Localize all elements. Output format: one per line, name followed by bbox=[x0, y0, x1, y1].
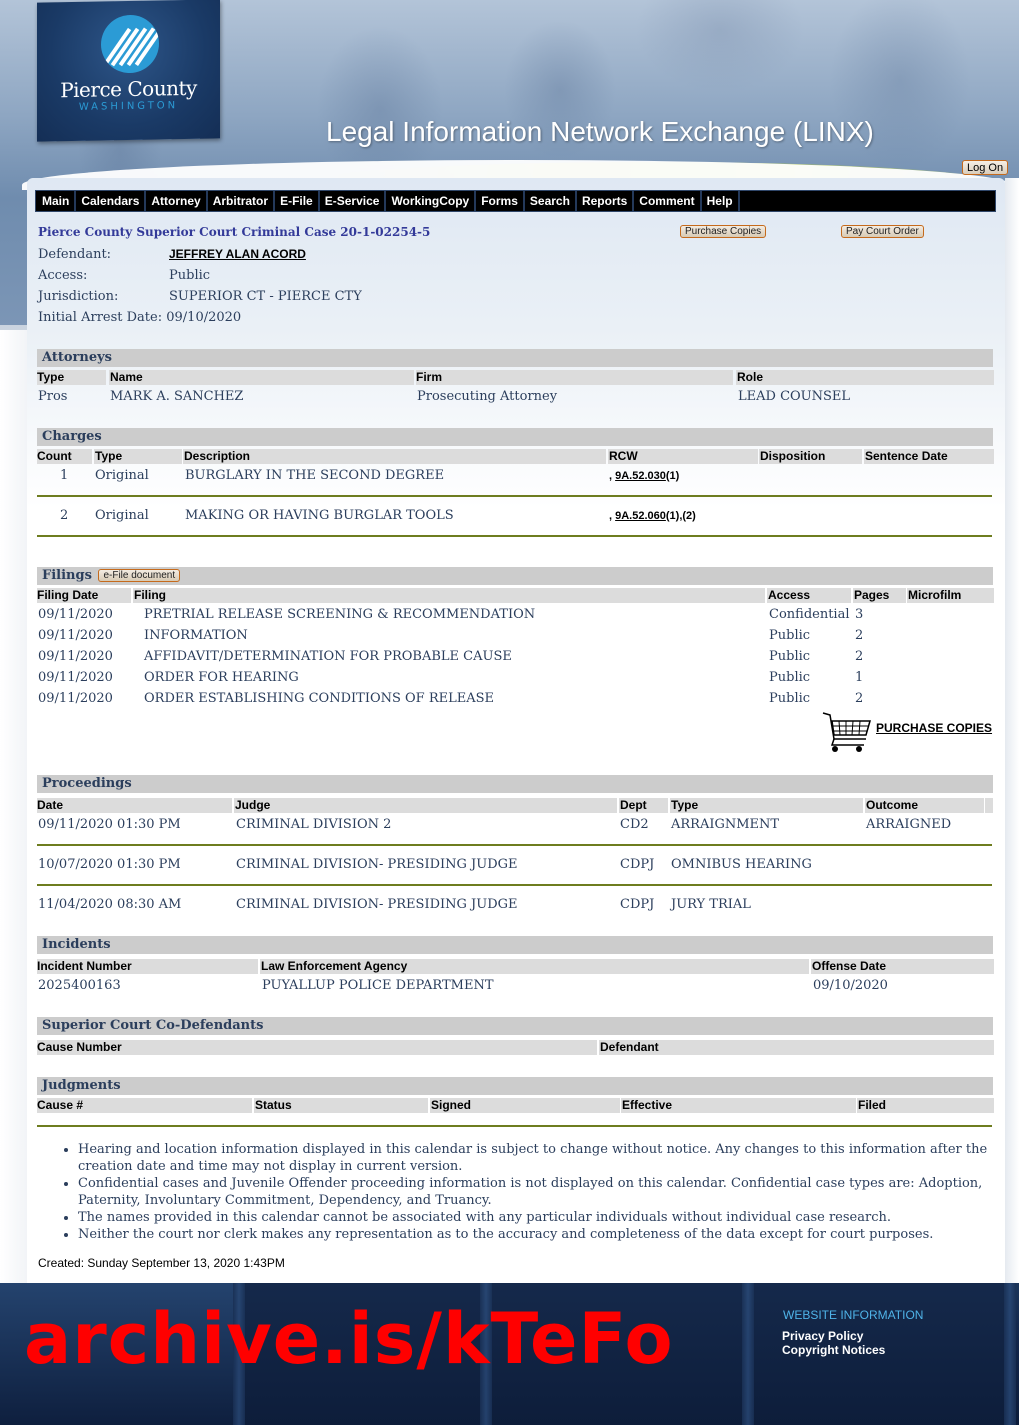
attorney-firm: Prosecuting Attorney bbox=[417, 389, 557, 404]
col-offense-date: Offense Date bbox=[811, 959, 994, 974]
website-information-heading: WEBSITE INFORMATION bbox=[783, 1308, 923, 1322]
attorney-name: MARK A. SANCHEZ bbox=[110, 389, 243, 404]
charge-description: BURGLARY IN THE SECOND DEGREE bbox=[185, 468, 444, 483]
col-effective: Effective bbox=[621, 1098, 856, 1113]
e-file-document-button[interactable]: e-File document bbox=[98, 569, 180, 582]
proceeding-dept: CDPJ bbox=[620, 897, 654, 912]
proceeding-judge: CRIMINAL DIVISION 2 bbox=[236, 817, 391, 832]
pay-court-order-button[interactable]: Pay Court Order bbox=[841, 225, 924, 238]
filing-title[interactable]: AFFIDAVIT/DETERMINATION FOR PROBABLE CAU… bbox=[144, 649, 512, 664]
col-rcw: RCW bbox=[608, 449, 758, 464]
col-filing-date: Filing Date bbox=[37, 588, 131, 603]
judgments-heading: Judgments bbox=[37, 1077, 993, 1095]
charge-type: Original bbox=[95, 468, 149, 483]
filing-title[interactable]: ORDER ESTABLISHING CONDITIONS OF RELEASE bbox=[144, 691, 494, 706]
rcw-subsection[interactable]: (1) bbox=[666, 470, 679, 482]
col-incident-number: Incident Number bbox=[37, 959, 258, 974]
charges-heading: Charges bbox=[37, 428, 993, 446]
arrest-date-row: Initial Arrest Date: 09/10/2020 bbox=[38, 310, 241, 325]
arrest-date-value: 09/10/2020 bbox=[166, 310, 241, 325]
row-divider bbox=[37, 884, 992, 886]
proceeding-type: JURY TRIAL bbox=[671, 897, 751, 912]
filing-date: 09/11/2020 bbox=[38, 670, 113, 685]
purchase-copies-button[interactable]: Purchase Copies bbox=[680, 225, 766, 238]
filing-date: 09/11/2020 bbox=[38, 649, 113, 664]
nav-arbitrator[interactable]: Arbitrator bbox=[208, 191, 275, 211]
left-gutter bbox=[0, 330, 27, 1283]
incident-agency: PUYALLUP POLICE DEPARTMENT bbox=[262, 978, 494, 993]
col-count: Count bbox=[37, 449, 92, 464]
charge-type: Original bbox=[95, 508, 149, 523]
incident-number: 2025400163 bbox=[38, 978, 121, 993]
filing-pages: 1 bbox=[855, 670, 863, 685]
filings-heading: Filings e-File document bbox=[37, 567, 993, 585]
filing-access: Confidential bbox=[769, 607, 850, 622]
nav-attorney[interactable]: Attorney bbox=[146, 191, 207, 211]
charge-rcw: , 9A.52.030(1) bbox=[609, 470, 679, 482]
col-sentence-date: Sentence Date bbox=[864, 449, 994, 464]
log-on-button[interactable]: Log On bbox=[962, 160, 1008, 175]
col-dept: Dept bbox=[619, 798, 668, 813]
nav-calendars[interactable]: Calendars bbox=[76, 191, 146, 211]
disclaimer-item: Neither the court nor clerk makes any re… bbox=[78, 1226, 1013, 1243]
access-label: Access: bbox=[38, 268, 169, 283]
logo-name: Pierce County bbox=[37, 75, 220, 102]
main-nav: Main Calendars Attorney Arbitrator E-Fil… bbox=[35, 190, 996, 212]
col-filed: Filed bbox=[857, 1098, 994, 1113]
proceeding-dept: CD2 bbox=[620, 817, 649, 832]
rcw-subsection[interactable]: (1),(2) bbox=[666, 510, 696, 522]
right-gutter bbox=[1005, 178, 1019, 1283]
col-signed: Signed bbox=[430, 1098, 620, 1113]
jurisdiction-label: Jurisdiction: bbox=[38, 289, 169, 304]
col-charge-type: Type bbox=[94, 449, 182, 464]
shopping-cart-icon[interactable] bbox=[822, 711, 872, 753]
col-disposition: Disposition bbox=[759, 449, 862, 464]
pierce-county-logo[interactable]: Pierce County WASHINGTON bbox=[37, 0, 220, 142]
rcw-separator: , bbox=[609, 470, 612, 482]
section-divider bbox=[37, 1125, 992, 1127]
col-access: Access bbox=[767, 588, 851, 603]
disclaimer-item: The names provided in this calendar cann… bbox=[78, 1209, 1013, 1226]
incidents-heading: Incidents bbox=[37, 936, 993, 954]
rcw-link[interactable]: 9A.52.060 bbox=[615, 510, 666, 522]
defendant-row: Defendant:JEFFREY ALAN ACORD bbox=[38, 247, 306, 262]
row-divider bbox=[37, 495, 992, 497]
attorney-role: LEAD COUNSEL bbox=[738, 389, 850, 404]
col-microfilm: Microfilm bbox=[907, 588, 994, 603]
proceeding-date: 11/04/2020 08:30 AM bbox=[38, 897, 181, 912]
proceeding-date: 09/11/2020 01:30 PM bbox=[38, 817, 181, 832]
jurisdiction-row: Jurisdiction:SUPERIOR CT - PIERCE CTY bbox=[38, 289, 362, 304]
filing-access: Public bbox=[769, 670, 810, 685]
nav-help[interactable]: Help bbox=[702, 191, 740, 211]
nav-comment[interactable]: Comment bbox=[634, 191, 701, 211]
charge-count: 1 bbox=[60, 468, 68, 483]
col-name: Name bbox=[109, 370, 414, 385]
case-title: Pierce County Superior Court Criminal Ca… bbox=[38, 225, 430, 239]
proceeding-judge: CRIMINAL DIVISION- PRESIDING JUDGE bbox=[236, 897, 518, 912]
codefendants-heading: Superior Court Co-Defendants bbox=[37, 1017, 993, 1035]
attorney-type: Pros bbox=[38, 389, 67, 404]
filing-title[interactable]: PRETRIAL RELEASE SCREENING & RECOMMENDAT… bbox=[144, 607, 535, 622]
attorneys-heading: Attorneys bbox=[37, 349, 993, 367]
proceeding-type: ARRAIGNMENT bbox=[671, 817, 779, 832]
col-type: Type bbox=[37, 370, 106, 385]
defendant-link[interactable]: JEFFREY ALAN ACORD bbox=[169, 247, 306, 261]
rcw-link[interactable]: 9A.52.030 bbox=[615, 470, 666, 482]
col-proceeding-type: Type bbox=[670, 798, 863, 813]
col-judge: Judge bbox=[234, 798, 617, 813]
disclaimer-item: Hearing and location information display… bbox=[78, 1141, 1013, 1175]
nav-main[interactable]: Main bbox=[37, 191, 76, 211]
col-pages: Pages bbox=[853, 588, 906, 603]
arrest-date-label: Initial Arrest Date: bbox=[38, 310, 162, 325]
site-title: Legal Information Network Exchange (LINX… bbox=[326, 116, 874, 148]
defendant-label: Defendant: bbox=[38, 247, 169, 262]
filing-date: 09/11/2020 bbox=[38, 628, 113, 643]
proceeding-date: 10/07/2020 01:30 PM bbox=[38, 857, 181, 872]
filing-pages: 2 bbox=[855, 649, 863, 664]
col-role: Role bbox=[736, 370, 994, 385]
nav-workingcopy[interactable]: WorkingCopy bbox=[386, 191, 476, 211]
filing-pages: 2 bbox=[855, 691, 863, 706]
filing-pages: 2 bbox=[855, 628, 863, 643]
charge-count: 2 bbox=[60, 508, 68, 523]
charge-rcw: , 9A.52.060(1),(2) bbox=[609, 510, 696, 522]
disclaimer-item: Confidential cases and Juvenile Offender… bbox=[78, 1175, 1013, 1209]
col-filing: Filing bbox=[133, 588, 765, 603]
proceedings-heading: Proceedings bbox=[37, 775, 993, 793]
purchase-copies-link[interactable]: PURCHASE COPIES bbox=[876, 721, 992, 735]
archive-watermark: archive.is/kTeFo bbox=[24, 1296, 674, 1382]
proceeding-type: OMNIBUS HEARING bbox=[671, 857, 812, 872]
mountain-logo-icon bbox=[101, 14, 159, 73]
privacy-policy-link[interactable]: Privacy Policy bbox=[782, 1329, 863, 1343]
rcw-separator: , bbox=[609, 510, 612, 522]
col-date: Date bbox=[37, 798, 232, 813]
nav-e-service[interactable]: E-Service bbox=[320, 191, 387, 211]
proceeding-judge: CRIMINAL DIVISION- PRESIDING JUDGE bbox=[236, 857, 518, 872]
col-cause-number: Cause Number bbox=[37, 1040, 597, 1055]
proceeding-outcome: ARRAIGNED bbox=[866, 817, 951, 832]
filings-title: Filings bbox=[42, 568, 92, 583]
nav-e-file[interactable]: E-File bbox=[275, 191, 320, 211]
col-cause: Cause # bbox=[37, 1098, 252, 1113]
disclaimer-list: Hearing and location information display… bbox=[60, 1141, 1013, 1243]
access-row: Access:Public bbox=[38, 268, 210, 283]
nav-reports[interactable]: Reports bbox=[577, 191, 634, 211]
nav-forms[interactable]: Forms bbox=[476, 191, 525, 211]
row-divider bbox=[37, 844, 992, 846]
col-description: Description bbox=[183, 449, 606, 464]
filing-date: 09/11/2020 bbox=[38, 607, 113, 622]
copyright-notices-link[interactable]: Copyright Notices bbox=[782, 1343, 885, 1357]
col-status: Status bbox=[254, 1098, 428, 1113]
proceeding-dept: CDPJ bbox=[620, 857, 654, 872]
logo-subtitle: WASHINGTON bbox=[37, 99, 220, 113]
filing-date: 09/11/2020 bbox=[38, 691, 113, 706]
nav-search[interactable]: Search bbox=[525, 191, 577, 211]
filing-access: Public bbox=[769, 691, 810, 706]
col-defendant: Defendant bbox=[599, 1040, 994, 1055]
filing-access: Public bbox=[769, 649, 810, 664]
jurisdiction-value: SUPERIOR CT - PIERCE CTY bbox=[169, 289, 362, 304]
access-value: Public bbox=[169, 268, 210, 283]
col-firm: Firm bbox=[416, 370, 733, 385]
col-outcome: Outcome bbox=[865, 798, 984, 813]
charge-description: MAKING OR HAVING BURGLAR TOOLS bbox=[185, 508, 454, 523]
incident-offense-date: 09/10/2020 bbox=[813, 978, 888, 993]
filing-access: Public bbox=[769, 628, 810, 643]
row-divider bbox=[37, 535, 992, 537]
filing-title[interactable]: ORDER FOR HEARING bbox=[144, 670, 299, 685]
filing-pages: 3 bbox=[855, 607, 863, 622]
col-agency: Law Enforcement Agency bbox=[260, 959, 809, 974]
created-timestamp: Created: Sunday September 13, 2020 1:43P… bbox=[38, 1256, 285, 1270]
col-extra bbox=[985, 798, 993, 813]
filing-title[interactable]: INFORMATION bbox=[144, 628, 248, 643]
